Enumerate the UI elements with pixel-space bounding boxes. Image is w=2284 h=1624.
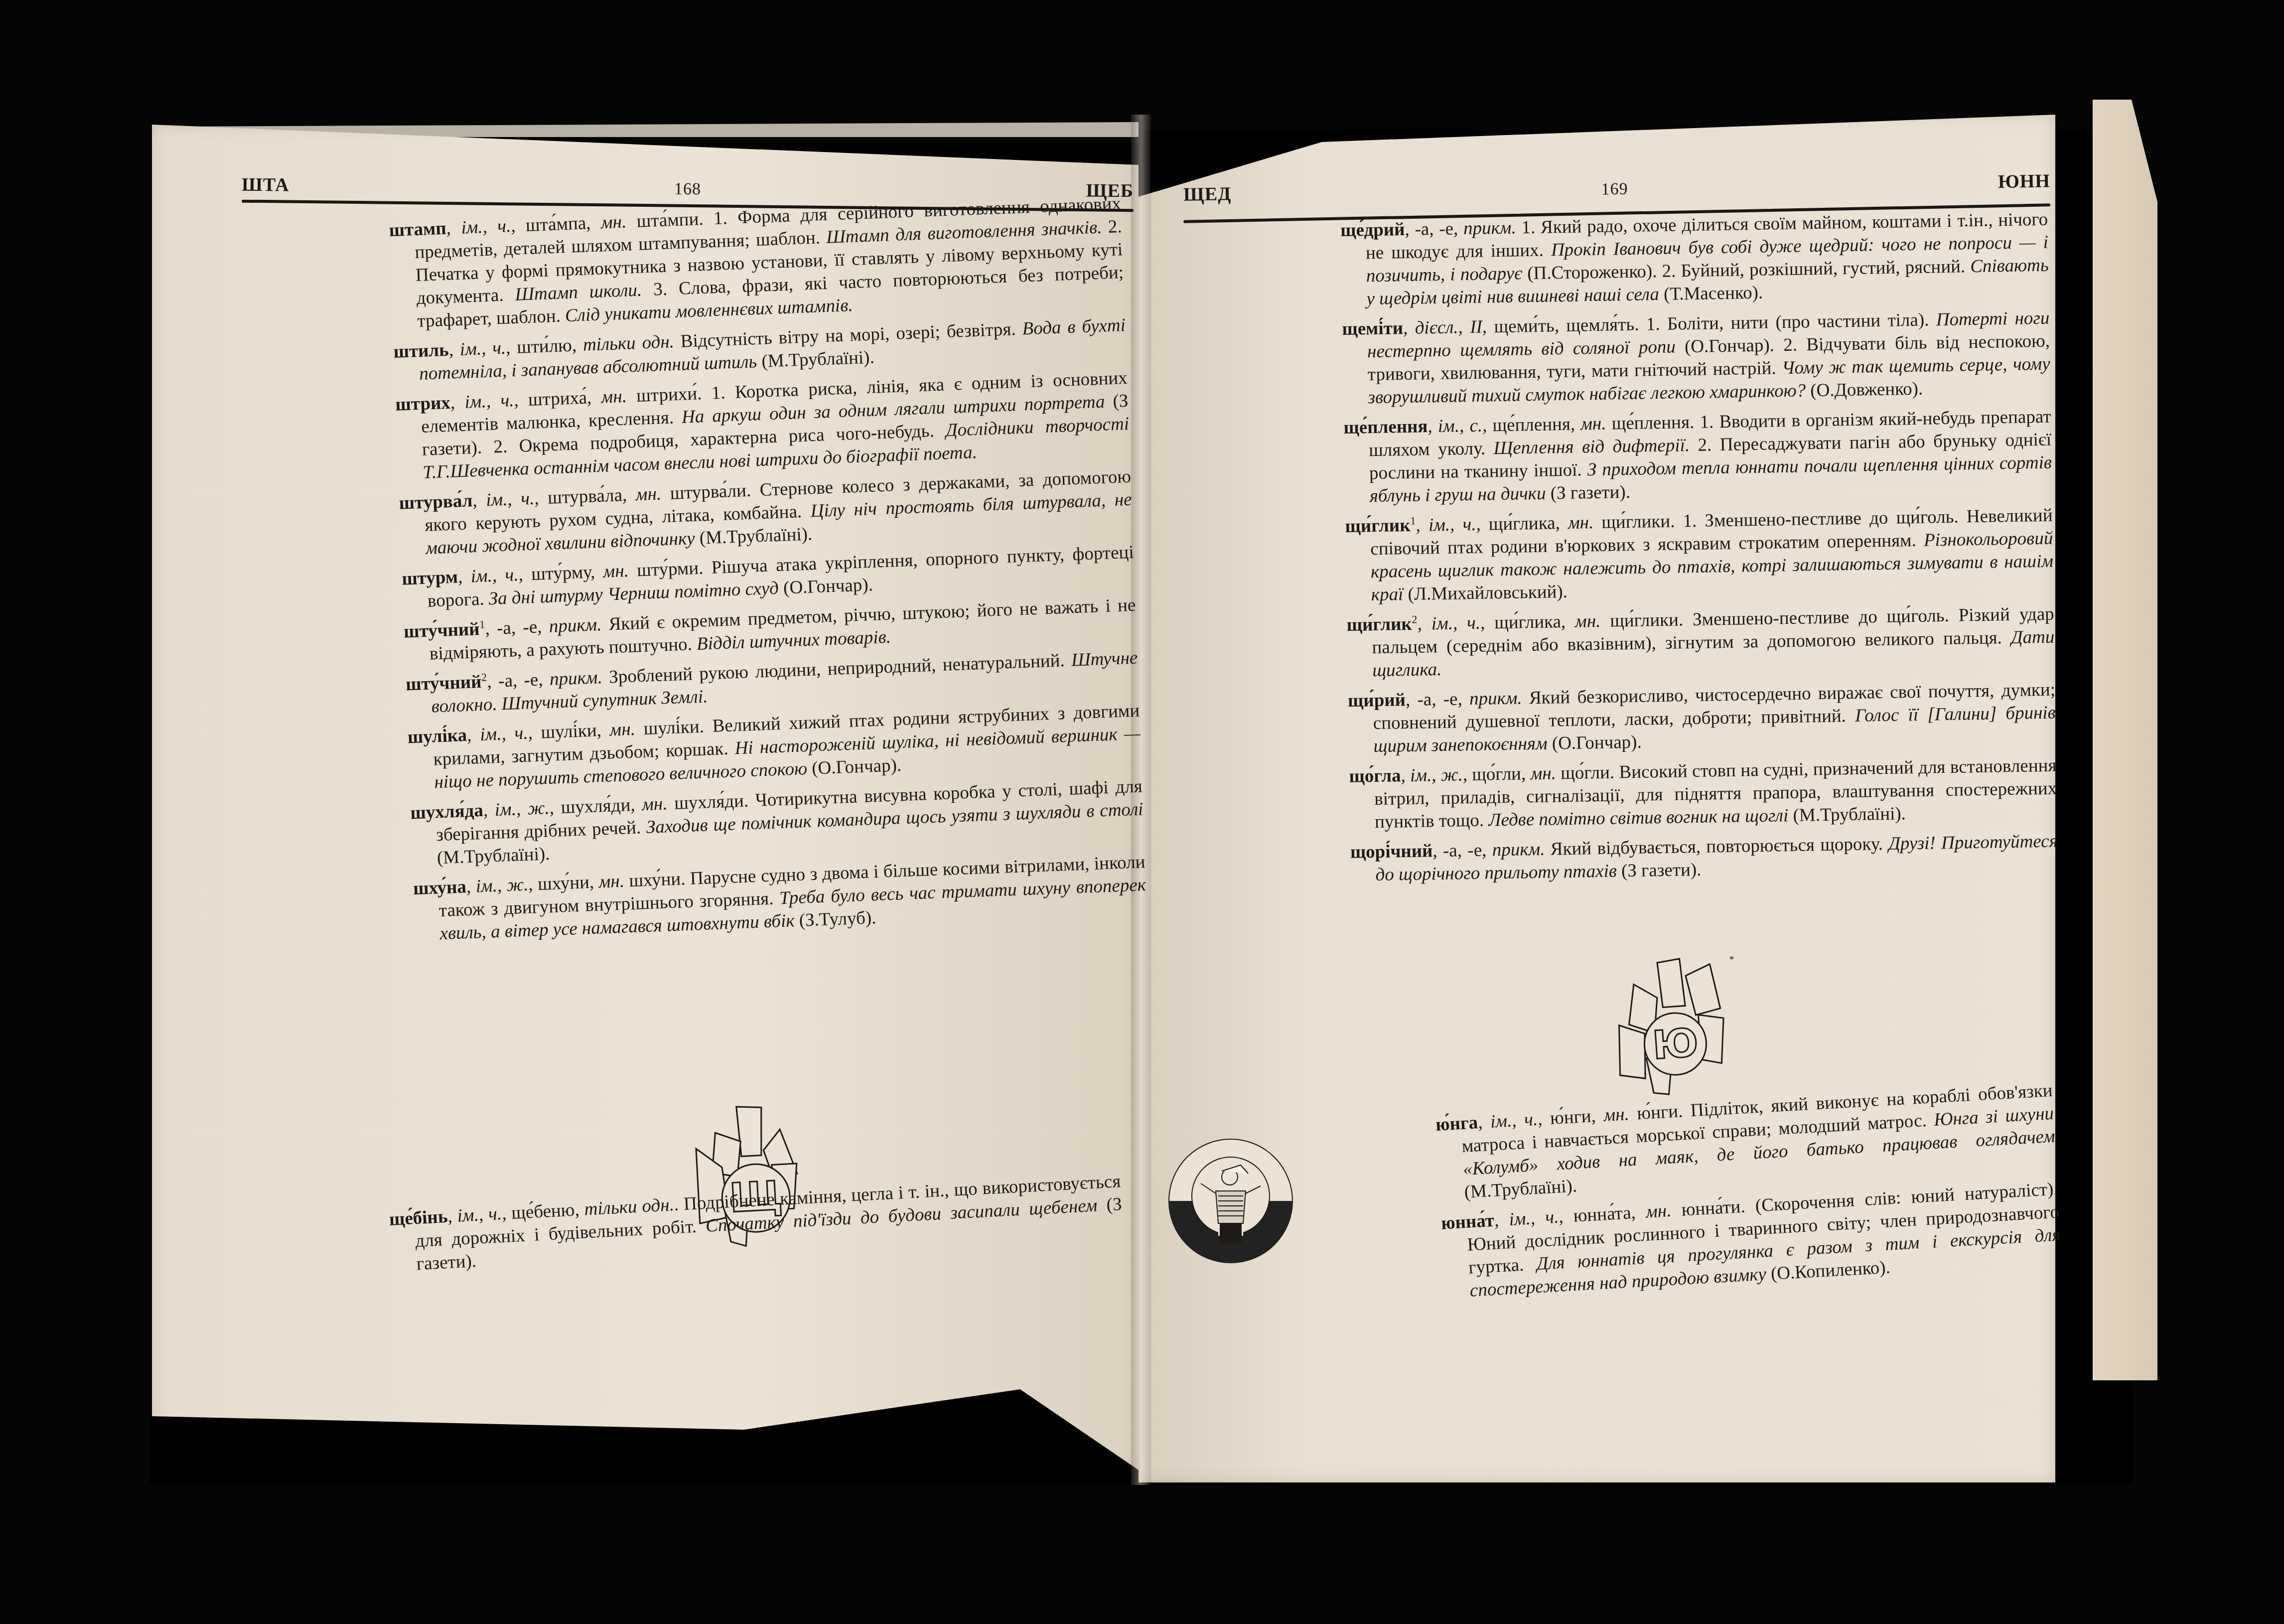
dictionary-entry: щемі́ти, дієсл., II, щеми́ть, щемля́ть. … (1342, 307, 2051, 410)
definition: 1. Боліти, нити (про частини тіла). (1639, 309, 1936, 334)
example: Відділ штучних товарів. (696, 627, 891, 654)
grammar-label: мн. (1530, 763, 1556, 784)
left-guide-word-start: ШТА (242, 174, 289, 196)
word-forms: шухля́ди. (667, 790, 749, 814)
grammar-label: мн. (635, 483, 662, 505)
headword: штамп (389, 218, 446, 241)
source-citation: (М.Трублаїні). (699, 524, 813, 548)
word-forms: шулі́ки, (532, 720, 610, 743)
headword: шухля́да (410, 800, 484, 823)
word-forms: щеми́ть, щемля́ть. (1487, 314, 1639, 337)
word-forms: штурва́ла, (539, 484, 636, 508)
grammar-label: , ім., ч., (1477, 1109, 1543, 1133)
example: Ледве помітно світив вогник на щоглі (1488, 805, 1788, 830)
source-citation: (О.Копиленко). (1766, 1257, 1891, 1285)
grammar-label: прикм. (1469, 688, 1522, 709)
left-page-number: 168 (674, 180, 701, 199)
headword: штурм (402, 567, 458, 589)
source-citation: (М.Трублаїні). (1788, 803, 1906, 826)
grammar-label: мн. (1568, 512, 1594, 533)
dictionary-entry: щи́рий, -а, -е, прикм. Який безкорисливо… (1348, 679, 2056, 758)
word-forms: штриха́, (518, 387, 602, 411)
grammar-label: мн. (600, 212, 627, 233)
definition: Який відбувається, повторюється щороку. (1545, 834, 1888, 860)
dictionary-entry: щорі́чний, -а, -е, прикм. Який відбуваєт… (1350, 830, 2058, 887)
source-citation: (О.Гончар). (812, 755, 902, 779)
grammar-label: мн. (642, 793, 668, 815)
headword: юнна́т (1440, 1210, 1495, 1234)
source-citation: (З газети). (1616, 860, 1701, 882)
grammar-label: прикм. (1492, 839, 1545, 861)
grammar-label: мн. (598, 871, 625, 892)
word-forms: щи́глики. (1600, 609, 1683, 631)
headword: штурва́л (399, 490, 473, 513)
headword: щемі́ти (1342, 318, 1403, 339)
word-forms: шта́мпа, (515, 212, 601, 236)
word-forms: , -а, -е, (485, 616, 550, 639)
word-forms: ю́нги. (1629, 1101, 1684, 1124)
source-citation: (М.Трублаїні). (761, 347, 875, 371)
word-forms: , -а, -е, (1432, 840, 1492, 861)
source-citation: (З.Тулуб). (799, 907, 876, 931)
word-forms: юнна́та, (1563, 1202, 1646, 1227)
word-forms: ще́плення. (1606, 412, 1694, 434)
headword: щи́глик (1346, 614, 1412, 635)
grammar-label: прикм. (549, 667, 602, 690)
grammar-label: прикм. (549, 614, 602, 637)
grammar-label: , ім., ч., (472, 488, 540, 511)
headword: що́гла (1349, 765, 1401, 787)
grammar-label: , ім., ч., (1494, 1206, 1564, 1231)
grammar-label: мн. (603, 561, 629, 582)
dictionary-entry: ще́дрий, -а, -е, прикм. 1. Який радо, ох… (1340, 208, 2049, 311)
word-forms: щи́глики. (1593, 511, 1675, 533)
headword: щи́рий (1348, 690, 1406, 711)
homonym-number: 2 (1412, 613, 1417, 625)
page-edge-right (2093, 100, 2157, 1380)
word-forms: шулі́ки. (635, 717, 704, 739)
word-forms: ще́плення, (1487, 414, 1581, 436)
grammar-label: мн. (601, 386, 627, 408)
left-entries: штамп, ім., ч., шта́мпа, мн. шта́мпи. 1.… (389, 192, 1147, 953)
grammar-label: , ім., ч., (466, 723, 533, 745)
word-forms: шта́мпи. (626, 209, 704, 232)
svg-text:*: * (1729, 954, 1735, 965)
right-entries: ще́дрий, -а, -е, прикм. 1. Який радо, ох… (1340, 208, 2058, 894)
grammar-label: , ім., ч., (1416, 514, 1481, 536)
headword: ще́бінь (389, 1206, 448, 1230)
word-forms: шху́ни, (533, 872, 599, 894)
dictionary-entry: щи́глик2, ім., ч., щи́глика, мн. щи́глик… (1346, 603, 2055, 683)
dictionary-entry: щи́глик1, ім., ч., щи́глика, мн. щи́глик… (1345, 504, 2054, 607)
headword: штрих (395, 393, 451, 415)
letter-yu-emblem-icon: Ю * (1605, 952, 1744, 1100)
grammar-label: , ім., ж., (466, 874, 533, 897)
word-forms: щи́глика, (1480, 513, 1568, 535)
word-forms: шухля́ди, (554, 794, 642, 818)
word-forms: щи́глика, (1485, 611, 1575, 633)
word-forms: штурва́ли. (661, 480, 751, 504)
grammar-label: мн. (609, 719, 636, 740)
headword: шулі́ка (407, 725, 467, 747)
dictionary-entry: штрих, ім., ч., штриха́, мн. штрихи́. 1.… (395, 367, 1131, 485)
word-forms: шти́лю, (510, 335, 583, 358)
word-forms: шху́ни. (624, 869, 686, 891)
word-forms: шту́рму, (523, 562, 603, 585)
grammar-label: , ім., ж., (483, 798, 555, 821)
word-forms: юнна́ти. (1671, 1196, 1745, 1221)
headword: ще́плення (1343, 416, 1427, 438)
headword: шху́на (413, 877, 467, 899)
definition: (П.Стороженко). 2. Буйний, розкішний, гу… (1522, 256, 1971, 284)
homonym-number: 1 (1410, 514, 1416, 527)
grammar-label: , ім., ч., (1417, 613, 1485, 634)
grammar-label: , дієсл., II, (1403, 316, 1487, 338)
dictionary-entry: ще́плення, ім., с., ще́плення, мн. ще́пл… (1343, 406, 2052, 508)
source-citation: (О.Довженко). (1806, 379, 1923, 401)
grammar-label: , ім., ч., (457, 565, 523, 588)
headword: ю́нга (1435, 1112, 1478, 1135)
source-citation: (М.Трублаїні). (1464, 1176, 1577, 1202)
word-forms: шту́рми. (628, 558, 704, 581)
right-guide-word-end: ЮНН (1998, 170, 2051, 193)
grammar-label: , ім., ч., (450, 390, 519, 413)
grammar-label: мн. (1580, 414, 1606, 435)
grammar-label: , ім., ж., (1401, 764, 1467, 786)
grammar-label: прикм. (1463, 217, 1516, 239)
headword: штиль (393, 340, 449, 362)
source-citation: (О.Гончар). (1547, 732, 1642, 754)
example: Щеплення від дифтерії. (1493, 435, 1690, 458)
right-guide-word-start: ЩЕД (1183, 183, 1232, 206)
grammar-label: , ім., ч., (448, 337, 511, 360)
headword: щи́глик (1345, 515, 1411, 537)
headword: шту́чний (405, 672, 482, 695)
dictionary-entry: що́гла, ім., ж., що́гли, мн. що́гли. Вис… (1349, 754, 2057, 834)
source-citation: (М.Трублаїні). (436, 844, 550, 868)
grammar-label: мн. (1603, 1104, 1629, 1126)
example: Штамп школи. (515, 280, 642, 304)
word-forms: , -а, -е, (487, 669, 550, 692)
grammar-label: , ім., с., (1427, 415, 1487, 437)
word-forms: , -а, -е, (1406, 689, 1470, 710)
grammar-label: мн. (1575, 611, 1601, 632)
headword: ще́дрий (1340, 219, 1405, 241)
definition: Відсутність вітру на морі, озері; безвіт… (674, 319, 1022, 352)
grammar-label: , ім., ч., (446, 216, 516, 239)
right-page-number: 169 (1601, 180, 1628, 199)
source-citation: (Т.Масенко). (1659, 283, 1763, 304)
headword: шту́чний (404, 619, 480, 642)
headword: щорі́чний (1350, 841, 1433, 863)
word-forms: що́гли, (1467, 763, 1531, 785)
sailor-boy-illustration-icon (1166, 1136, 1295, 1266)
right-bottom-entries: ю́нга, ім., ч., ю́нги, мн. ю́нги. Підліт… (1435, 1079, 2063, 1311)
source-citation: (О.Гончар). (783, 575, 873, 598)
word-forms: , -а, -е, (1405, 218, 1463, 240)
source-citation: (Л.Михайловський). (1403, 582, 1568, 604)
source-citation: (З газети). (1546, 482, 1630, 504)
word-forms: ю́нги, (1542, 1105, 1604, 1129)
grammar-label: тільки одн. (582, 331, 674, 355)
word-forms: що́гли. (1556, 762, 1615, 783)
word-forms: штрихи́. (626, 383, 702, 406)
svg-text:Ю: Ю (1651, 1021, 1700, 1068)
grammar-label: мн. (1645, 1200, 1672, 1222)
